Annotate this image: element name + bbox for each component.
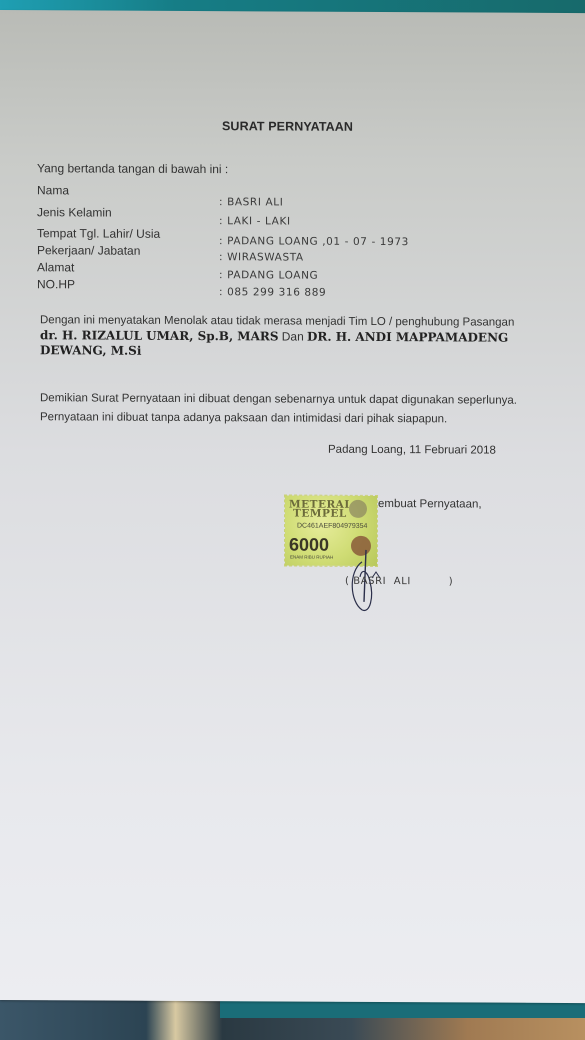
document-title: SURAT PERNYATAAN <box>222 119 353 134</box>
field-value-nama: : BASRI ALI <box>219 196 283 208</box>
field-value-pekerjaan: : WIRASWASTA <box>219 251 304 263</box>
stamp-line2: TEMPEL <box>293 508 347 520</box>
paper-sheet: SURAT PERNYATAAN Yang bertanda tangan di… <box>0 10 585 1003</box>
conjunction: Dan <box>282 329 304 343</box>
field-value-alamat: : PADANG LOANG <box>219 269 318 282</box>
stamp-code: DC461AEF804979354 <box>297 523 367 530</box>
candidate-2-part1: DR. H. ANDI MAPPAMADENG <box>307 330 508 345</box>
field-label-nama: Nama <box>37 183 69 197</box>
place-date: Padang Loang, 11 Februari 2018 <box>328 444 496 457</box>
candidates-line1: dr. H. RIZALUL UMAR, Sp.B, MARS Dan DR. … <box>40 328 508 344</box>
candidates-line2: DEWANG, M.Si <box>40 343 141 358</box>
signer-name: ( BASRI ALI ) <box>345 576 453 588</box>
field-label-jenis-kelamin: Jenis Kelamin <box>37 205 112 219</box>
candidate-2-part2: DEWANG, M.Si <box>40 343 141 358</box>
field-label-tempat-tgl-lahir: Tempat Tgl. Lahir/ Usia <box>37 226 160 241</box>
candidate-1: dr. H. RIZALUL UMAR, Sp.B, MARS <box>40 328 279 343</box>
field-value-nohp: : 085 299 316 889 <box>219 286 326 299</box>
field-value-jenis-kelamin: : LAKI - LAKI <box>219 215 291 227</box>
statement-text: Dengan ini menyatakan Menolak atau tidak… <box>40 314 514 328</box>
field-label-nohp: NO.HP <box>37 277 75 291</box>
closing-line-1: Demikian Surat Pernyataan ini dibuat den… <box>40 392 517 406</box>
field-value-tempat-tgl-lahir: : PADANG LOANG ,01 - 07 - 1973 <box>219 235 409 248</box>
field-label-pekerjaan: Pekerjaan/ Jabatan <box>37 243 140 258</box>
signer-label: embuat Pernyataan, <box>378 498 482 511</box>
closing-line-2: Pernyataan ini dibuat tanpa adanya paksa… <box>40 411 447 425</box>
garuda-emblem-icon <box>349 500 367 518</box>
stamp-value-text: ENAM RIBU RUPIAH <box>290 555 333 560</box>
stamp-value: 6000 <box>289 535 329 556</box>
intro-text: Yang bertanda tangan di bawah ini : <box>37 161 228 176</box>
field-label-alamat: Alamat <box>37 260 74 274</box>
